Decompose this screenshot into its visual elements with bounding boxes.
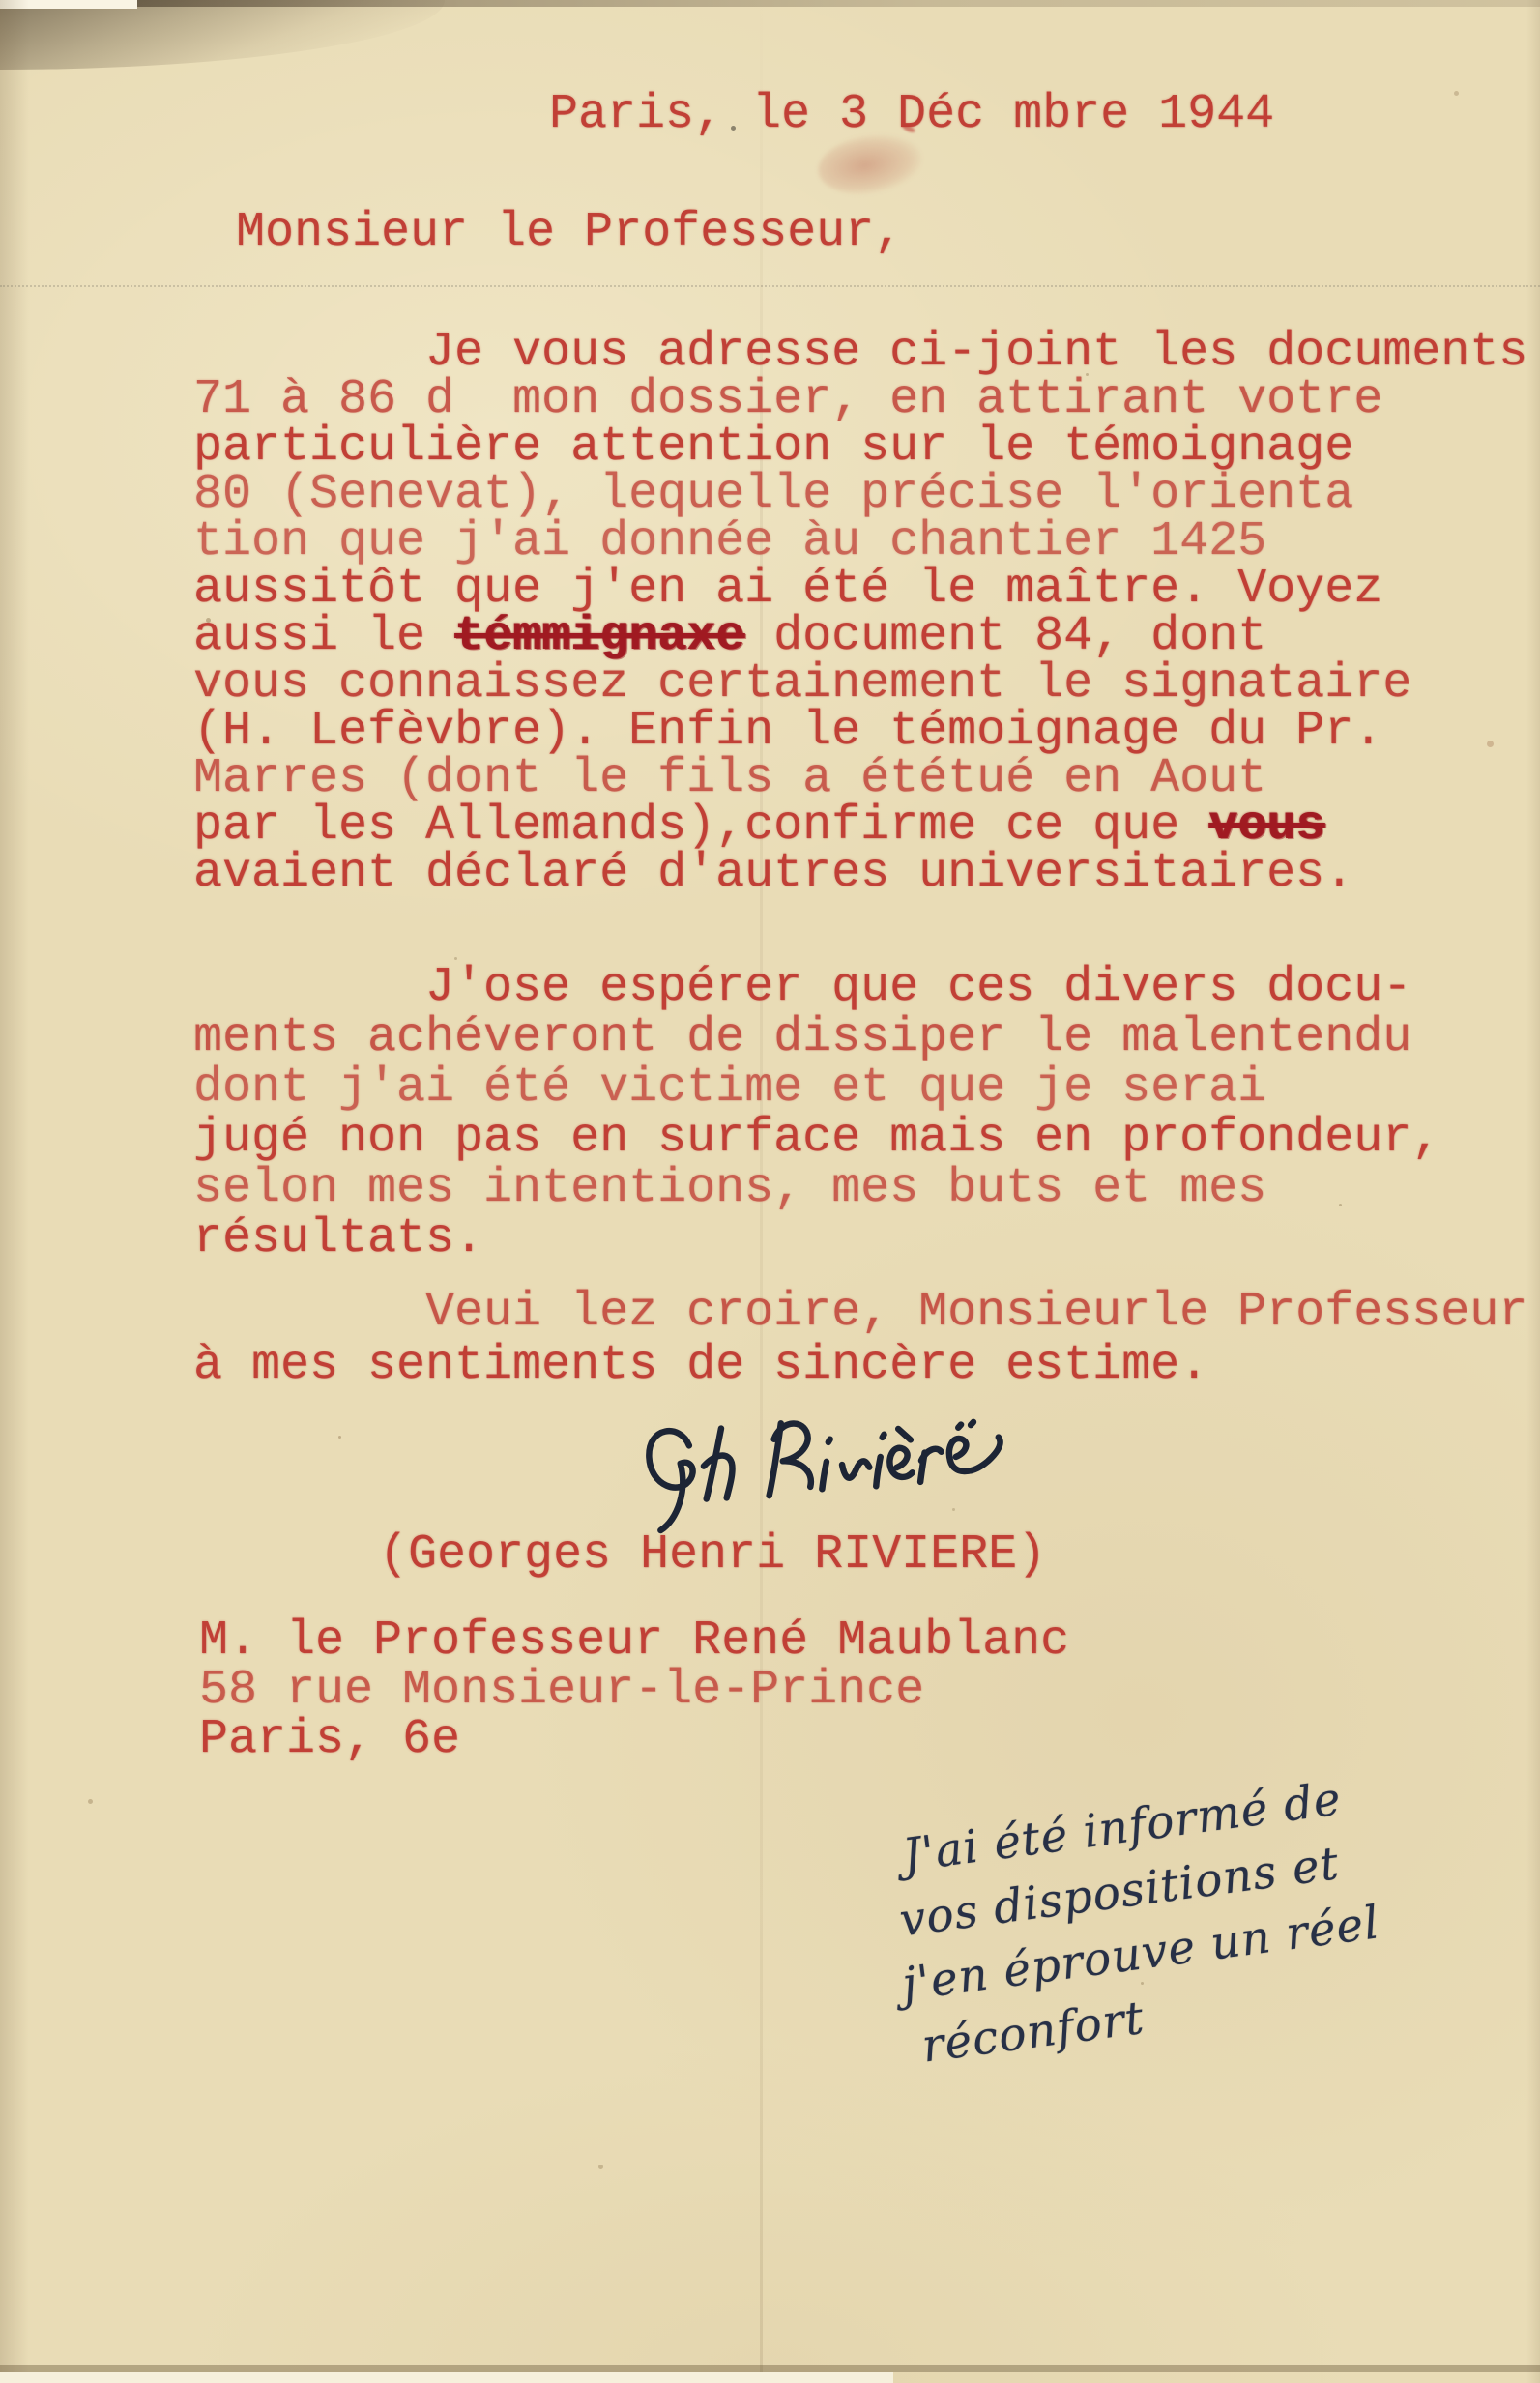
paper-specks <box>0 0 3 3</box>
closing-lines: Veui lez croire, Monsieurle Professeurà … <box>193 1286 1527 1392</box>
text-line: M. le Professeur René Maublanc <box>199 1616 1069 1666</box>
signature-scrawl-drawing <box>630 1390 1094 1535</box>
text-line: 71 à 86 d mon dossier, en attirant votre <box>193 376 1527 423</box>
text-line: aussitôt que j'en ai été le maître. Voye… <box>193 566 1527 613</box>
date-line: Paris, le 3 Déc mbre 1944 <box>549 87 1274 142</box>
salutation: Monsieur le Professeur, <box>236 205 903 260</box>
text-line: résultats. <box>193 1214 1440 1264</box>
text-line: 80 (Senevat), lequelle précise l'orienta <box>193 471 1527 518</box>
body-paragraph-2: J'ose espérer que ces divers docu-ments … <box>193 963 1440 1264</box>
text-line: à mes sentiments de sincère estime. <box>193 1339 1527 1392</box>
typed-signature-name: (Georges Henri RIVIERE) <box>379 1527 1046 1583</box>
paper-left-edge-shade <box>0 0 29 2383</box>
text-line: Veui lez croire, Monsieurle Professeur <box>193 1286 1527 1339</box>
paper-bottom-edge <box>0 2365 1540 2372</box>
text-line: jugé non pas en surface mais en profonde… <box>193 1114 1440 1164</box>
text-line: ments achéveront de dissiper le malenten… <box>193 1013 1440 1063</box>
text-line: particulière attention sur le témoignage <box>193 423 1527 471</box>
paper-fold-line <box>0 285 1540 287</box>
text-line: aussi le témmignaxe document 84, dont <box>193 613 1527 660</box>
paper-right-edge-shade <box>1526 0 1540 2383</box>
text-line: par les Allemands),confirme ce que vous <box>193 802 1527 850</box>
text-line: tion que j'ai donnée àu chantier 1425 <box>193 518 1527 566</box>
letter-page: Paris, le 3 Déc mbre 1944 Monsieur le Pr… <box>0 0 1540 2383</box>
text-line: Marres (dont le fils a ététué en Aout <box>193 755 1527 802</box>
text-line: J'ose espérer que ces divers docu- <box>193 963 1440 1013</box>
text-line: vous connaissez certainement le signatai… <box>193 660 1527 708</box>
recipient-address-block: M. le Professeur René Maublanc58 rue Mon… <box>199 1616 1069 1764</box>
handwritten-signature: GH Rivière <box>630 1390 1094 1540</box>
handwritten-note: J'ai été informé devos dispositions etj'… <box>899 1739 1540 2078</box>
text-line: Paris, 6e <box>199 1715 1069 1764</box>
text-line: (H. Lefèvbre). Enfin le témoignage du Pr… <box>193 708 1527 755</box>
text-line: dont j'ai été victime et que je serai <box>193 1063 1440 1114</box>
text-line: Je vous adresse ci-joint les documents <box>193 329 1527 376</box>
paper-corner-curl-shadow <box>0 0 445 70</box>
body-paragraph-1: Je vous adresse ci-joint les documents71… <box>193 329 1527 897</box>
scanner-background-sliver-bottom <box>0 2372 893 2383</box>
text-line: 58 rue Monsieur-le-Prince <box>199 1666 1069 1715</box>
text-line: avaient déclaré d'autres universitaires. <box>193 850 1527 897</box>
text-line: selon mes intentions, mes buts et mes <box>193 1164 1440 1214</box>
